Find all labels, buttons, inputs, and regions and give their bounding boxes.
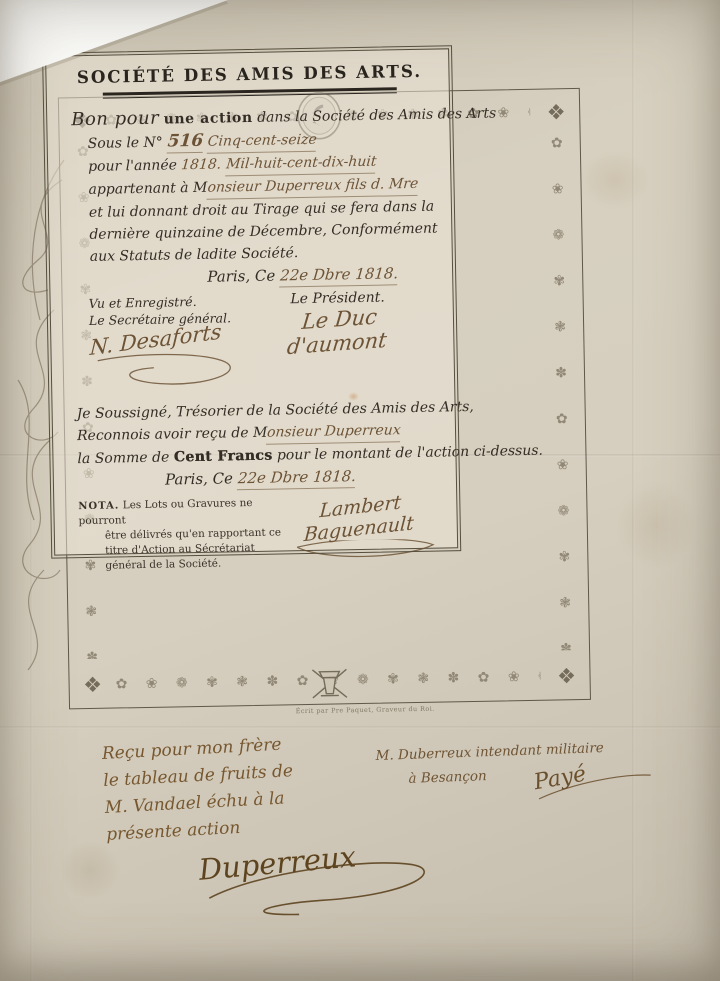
garland-border-right: ✿ ❀ ❁ ✾ ❃ ✽ ✿ ❀ ❁ ✾ ❃ ✽ ✿ ❀ ❁ ✾ ❃ ✽ ✿ ❀ … xyxy=(535,135,588,651)
printed-script: dernière quinzaine de Décembre, Conformé… xyxy=(89,221,437,243)
printed-place: Paris, Ce xyxy=(207,267,275,286)
printed-script: Reconnois avoir reçu de M xyxy=(77,425,268,444)
printed-script: Sous le N° xyxy=(88,135,163,152)
certificate-title: SOCIÉTÉ DES AMIS DES ARTS. xyxy=(74,62,425,88)
printed-script: pour l'année xyxy=(88,157,177,175)
handwritten-number-words: Cinq-cent-seize xyxy=(206,129,317,154)
bottom-left-note: Reçu pour mon frère le tableau de fruits… xyxy=(101,731,296,849)
printed-script: la Somme de xyxy=(77,450,169,468)
president-signature-text: Le Duc d'aumont xyxy=(247,301,430,362)
printed-place: Paris, Ce xyxy=(165,469,233,488)
engraver-imprint: Écrit par Pre Paquet, Graveur du Roi. xyxy=(245,704,485,716)
urn-trophy-icon xyxy=(306,663,353,706)
corner-ornament: ❖ xyxy=(533,89,580,136)
printed-amount: Cent Francs xyxy=(174,448,273,466)
handwritten-year-words: Mil-huit-cent-dix-huit xyxy=(225,151,377,177)
handwritten-date: 22e Dbre 1818. xyxy=(279,262,399,287)
nota-label: NOTA. xyxy=(78,500,119,512)
printed-script: Je Soussigné, Trésorier de la Société de… xyxy=(77,399,474,422)
secretary-block: Vu et Enregistré. Le Secrétaire général.… xyxy=(74,292,250,393)
receipt-block: Je Soussigné, Trésorier de la Société de… xyxy=(76,397,436,494)
printed-script: appartenant à M xyxy=(88,180,207,198)
handwritten-number: 516 xyxy=(166,130,203,154)
secretary-signature: N. Desaforts xyxy=(89,326,249,353)
handwritten-year: 1818. xyxy=(180,153,222,176)
printed-script: Bon pour xyxy=(71,108,159,131)
signature-row: Vu et Enregistré. Le Secrétaire général.… xyxy=(74,289,434,394)
handwritten-owner-name: onsieur Duperreux fils d. Mre xyxy=(206,173,419,200)
scanned-share-certificate: ✿ ❀ ❁ ✾ ❃ ✽ ✿ ❀ ❁ ✾ ❃ ✽ ✿ ❀ ❁ ✾ ❃ ✽ ✿ ❀ … xyxy=(0,0,720,981)
title-rule xyxy=(103,87,397,98)
paper-sheet: ✿ ❀ ❁ ✾ ❃ ✽ ✿ ❀ ❁ ✾ ❃ ✽ ✿ ❀ ❁ ✾ ❃ ✽ ✿ ❀ … xyxy=(0,0,720,981)
handwritten-date: 22e Dbre 1818. xyxy=(237,465,357,490)
handwritten-payer-name: onsieur Duperreux xyxy=(266,419,402,444)
printed-script: aux Statuts de ladite Société. xyxy=(90,245,299,265)
printed-bold: une action xyxy=(164,110,253,128)
certificate-panel: SOCIÉTÉ DES AMIS DES ARTS. Bon pour une … xyxy=(45,48,458,555)
nota-block: NOTA. Les Lots ou Gravures ne pourront ê… xyxy=(78,495,283,574)
corner-ornament: ❖ xyxy=(543,653,590,700)
treasurer-block: Lambert Baguenault xyxy=(282,493,437,571)
nota-row: NOTA. Les Lots ou Gravures ne pourront ê… xyxy=(78,493,437,575)
corner-ornament: ❖ xyxy=(69,662,116,709)
president-block: Le Président. Le Duc d'aumont xyxy=(248,289,434,390)
president-signature: Le Duc d'aumont xyxy=(249,306,428,357)
